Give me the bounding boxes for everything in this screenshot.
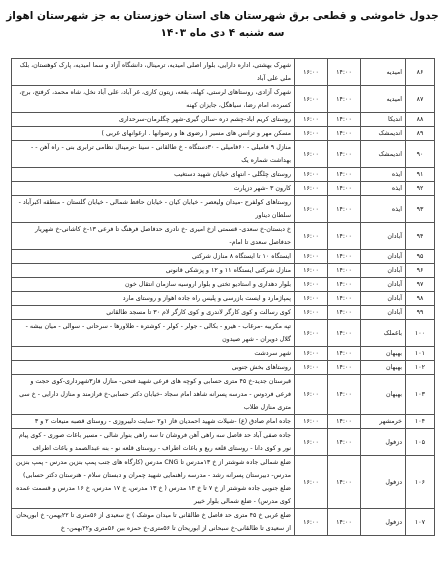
start-time: ۱۴:۰۰ [328, 375, 361, 415]
row-number: ۹۳ [406, 196, 435, 223]
end-time: ۱۶:۰۰ [295, 113, 328, 127]
start-time: ۱۴:۰۰ [328, 292, 361, 306]
row-number: ۹۹ [406, 306, 435, 320]
end-time: ۱۶:۰۰ [295, 347, 328, 361]
end-time: ۱۶:۰۰ [295, 223, 328, 250]
start-time: ۱۴:۰۰ [328, 59, 361, 86]
affected-areas: خ دبستان-خ سعدی- قسمتی ازخ امیری -خ نادر… [12, 223, 295, 250]
table-row: ۱۰۱بهبهان۱۴:۰۰۱۶:۰۰شهر سردشت [12, 347, 435, 361]
city-name: بهبهان [361, 347, 406, 361]
start-time: ۱۴:۰۰ [328, 223, 361, 250]
affected-areas: بلوار دهداری و استادیو تختی و بلوار اروس… [12, 278, 295, 292]
end-time: ۱۶:۰۰ [295, 86, 328, 113]
table-row: ۱۰۷دزفول۱۴:۰۰۱۶:۰۰ضلع غربی خ ۴۵ متری حد … [12, 509, 435, 536]
table-row: ۸۸اندیکا۱۴:۰۰۱۶:۰۰روستای کریم اباد-چشم د… [12, 113, 435, 127]
end-time: ۱۶:۰۰ [295, 182, 328, 196]
table-row: ۱۰۲بهبهان۱۴:۰۰۱۶:۰۰روستاهای بخش جنوبی [12, 361, 435, 375]
table-row: ۹۳ایذه۱۴:۰۰۱۶:۰۰روستاهای کولفرح -میدان و… [12, 196, 435, 223]
affected-areas: ضلع غربی خ ۴۵ متری حد فاصل خ طالقانی تا … [12, 509, 295, 536]
city-name: آبادان [361, 292, 406, 306]
table-row: ۹۰اندیمشک۱۴:۰۰۱۶:۰۰منازل ۹ فامیلی - ۶۰فا… [12, 141, 435, 168]
city-name: امیدیه [361, 86, 406, 113]
row-number: ۱۰۴ [406, 415, 435, 429]
row-number: ۹۲ [406, 182, 435, 196]
affected-areas: مسکن مهر و ترانس های مسیر ( رضوی ها و رض… [12, 127, 295, 141]
affected-areas: روستاهای کولفرح -میدان ولیعصر - خیابان ک… [12, 196, 295, 223]
affected-areas: ضلع شمالی جاده شوشتر از خ ۱۳مدرس تا CNG … [12, 456, 295, 509]
affected-areas: منازل شرکتی ایستگاه ۱۱ و ۱۲ و پزشکی قانو… [12, 264, 295, 278]
city-name: آبادان [361, 278, 406, 292]
affected-areas: شهرک آزادی، روستاهای لرستی، کهله، بقعه، … [12, 86, 295, 113]
affected-areas: روستاهای بخش جنوبی [12, 361, 295, 375]
row-number: ۱۰۳ [406, 375, 435, 415]
affected-areas: ایستگاه ۱۰ تا ایستگاه ۸ منازل شرکتی [12, 250, 295, 264]
row-number: ۹۷ [406, 278, 435, 292]
affected-areas: جاده صفی آباد حد فاصل سه راهی آهن فروشان… [12, 429, 295, 456]
affected-areas: کوی رسالت و کوی کارگر لاندری و کوی کارگر… [12, 306, 295, 320]
affected-areas: کارون ۳ -شهر دزپارت [12, 182, 295, 196]
table-row: ۱۰۴خرمشهر۱۴:۰۰۱۶:۰۰جاده امام صادق (ع) -ش… [12, 415, 435, 429]
table-row: ۱۰۰باغملک۱۴:۰۰۱۶:۰۰تپه مکربیه -مرغاب - ه… [12, 320, 435, 347]
affected-areas: منازل ۹ فامیلی - ۶۰فامیلی - ۳۰دستگاه - خ… [12, 141, 295, 168]
end-time: ۱۶:۰۰ [295, 141, 328, 168]
row-number: ۹۱ [406, 168, 435, 182]
table-row: ۸۷امیدیه۱۴:۰۰۱۶:۰۰شهرک آزادی، روستاهای ل… [12, 86, 435, 113]
start-time: ۱۴:۰۰ [328, 113, 361, 127]
end-time: ۱۶:۰۰ [295, 509, 328, 536]
row-number: ۱۰۰ [406, 320, 435, 347]
city-name: آبادان [361, 306, 406, 320]
end-time: ۱۶:۰۰ [295, 456, 328, 509]
table-row: ۹۴آبادان۱۴:۰۰۱۶:۰۰خ دبستان-خ سعدی- قسمتی… [12, 223, 435, 250]
table-row: ۹۲ایذه۱۴:۰۰۱۶:۰۰کارون ۳ -شهر دزپارت [12, 182, 435, 196]
end-time: ۱۶:۰۰ [295, 59, 328, 86]
row-number: ۸۸ [406, 113, 435, 127]
start-time: ۱۴:۰۰ [328, 127, 361, 141]
start-time: ۱۴:۰۰ [328, 347, 361, 361]
start-time: ۱۴:۰۰ [328, 264, 361, 278]
end-time: ۱۶:۰۰ [295, 292, 328, 306]
row-number: ۹۸ [406, 292, 435, 306]
city-name: امیدیه [361, 59, 406, 86]
page-title: جدول خاموشی و قطعی برق شهرستان های استان… [0, 8, 445, 25]
start-time: ۱۴:۰۰ [328, 278, 361, 292]
table-row: ۹۵آبادان۱۴:۰۰۱۶:۰۰ایستگاه ۱۰ تا ایستگاه … [12, 250, 435, 264]
row-number: ۱۰۲ [406, 361, 435, 375]
start-time: ۱۴:۰۰ [328, 168, 361, 182]
affected-areas: تپه مکربیه -مرغاب - هیرو - بکالی - جولر … [12, 320, 295, 347]
city-name: خرمشهر [361, 415, 406, 429]
start-time: ۱۴:۰۰ [328, 196, 361, 223]
city-name: ایذه [361, 196, 406, 223]
end-time: ۱۶:۰۰ [295, 168, 328, 182]
row-number: ۱۰۶ [406, 456, 435, 509]
start-time: ۱۴:۰۰ [328, 509, 361, 536]
page-subtitle: سه شنبه ۴ دی ماه ۱۴۰۳ [0, 25, 445, 42]
city-name: دزفول [361, 509, 406, 536]
table-row: ۹۷آبادان۱۴:۰۰۱۶:۰۰بلوار دهداری و استادیو… [12, 278, 435, 292]
end-time: ۱۶:۰۰ [295, 306, 328, 320]
affected-areas: شهرک بهشتی، اداره دارایی، بلوار اصلی امی… [12, 59, 295, 86]
city-name: اندیمشک [361, 141, 406, 168]
row-number: ۹۴ [406, 223, 435, 250]
end-time: ۱۶:۰۰ [295, 127, 328, 141]
row-number: ۱۰۷ [406, 509, 435, 536]
table-row: ۱۰۵دزفول۱۴:۰۰۱۶:۰۰جاده صفی آباد حد فاصل … [12, 429, 435, 456]
table-row: ۸۹اندیمشک۱۴:۰۰۱۶:۰۰مسکن مهر و ترانس های … [12, 127, 435, 141]
outage-schedule-table: ۸۶امیدیه۱۴:۰۰۱۶:۰۰شهرک بهشتی، اداره دارا… [11, 58, 435, 536]
row-number: ۱۰۵ [406, 429, 435, 456]
city-name: بهبهان [361, 375, 406, 415]
table-row: ۹۹آبادان۱۴:۰۰۱۶:۰۰کوی رسالت و کوی کارگر … [12, 306, 435, 320]
table-row: ۱۰۳بهبهان۱۴:۰۰۱۶:۰۰قبرستان جدید-خ ۴۵ متر… [12, 375, 435, 415]
end-time: ۱۶:۰۰ [295, 320, 328, 347]
end-time: ۱۶:۰۰ [295, 196, 328, 223]
table-row: ۱۰۶دزفول۱۴:۰۰۱۶:۰۰ضلع شمالی جاده شوشتر ا… [12, 456, 435, 509]
row-number: ۸۷ [406, 86, 435, 113]
affected-areas: جاده امام صادق (ع) -شیلات شهید احمدیان ف… [12, 415, 295, 429]
affected-areas: شهر سردشت [12, 347, 295, 361]
end-time: ۱۶:۰۰ [295, 429, 328, 456]
affected-areas: روستای کریم اباد-چشم دره -سالن گیری-شهر … [12, 113, 295, 127]
row-number: ۹۵ [406, 250, 435, 264]
end-time: ۱۶:۰۰ [295, 375, 328, 415]
table-row: ۸۶امیدیه۱۴:۰۰۱۶:۰۰شهرک بهشتی، اداره دارا… [12, 59, 435, 86]
start-time: ۱۴:۰۰ [328, 250, 361, 264]
city-name: آبادان [361, 250, 406, 264]
end-time: ۱۶:۰۰ [295, 278, 328, 292]
affected-areas: روستای چلگلی - انتهای خیابان شهید دستغیب [12, 168, 295, 182]
affected-areas: قبرستان جدید-خ ۴۵ متری حسابی و کوچه های … [12, 375, 295, 415]
start-time: ۱۴:۰۰ [328, 182, 361, 196]
start-time: ۱۴:۰۰ [328, 86, 361, 113]
city-name: آبادان [361, 264, 406, 278]
row-number: ۹۶ [406, 264, 435, 278]
end-time: ۱۶:۰۰ [295, 361, 328, 375]
table-row: ۹۱ایذه۱۴:۰۰۱۶:۰۰روستای چلگلی - انتهای خی… [12, 168, 435, 182]
city-name: باغملک [361, 320, 406, 347]
end-time: ۱۶:۰۰ [295, 250, 328, 264]
row-number: ۸۶ [406, 59, 435, 86]
city-name: ایذه [361, 182, 406, 196]
start-time: ۱۴:۰۰ [328, 306, 361, 320]
start-time: ۱۴:۰۰ [328, 456, 361, 509]
start-time: ۱۴:۰۰ [328, 429, 361, 456]
city-name: اندیکا [361, 113, 406, 127]
table-row: ۹۶آبادان۱۴:۰۰۱۶:۰۰منازل شرکتی ایستگاه ۱۱… [12, 264, 435, 278]
start-time: ۱۴:۰۰ [328, 361, 361, 375]
header: جدول خاموشی و قطعی برق شهرستان های استان… [0, 8, 445, 42]
end-time: ۱۶:۰۰ [295, 415, 328, 429]
end-time: ۱۶:۰۰ [295, 264, 328, 278]
start-time: ۱۴:۰۰ [328, 320, 361, 347]
row-number: ۸۹ [406, 127, 435, 141]
start-time: ۱۴:۰۰ [328, 415, 361, 429]
city-name: ایذه [361, 168, 406, 182]
city-name: اندیمشک [361, 127, 406, 141]
row-number: ۱۰۱ [406, 347, 435, 361]
city-name: آبادان [361, 223, 406, 250]
start-time: ۱۴:۰۰ [328, 141, 361, 168]
row-number: ۹۰ [406, 141, 435, 168]
table-row: ۹۸آبادان۱۴:۰۰۱۶:۰۰پمپاژمارد و ایست بازرس… [12, 292, 435, 306]
city-name: بهبهان [361, 361, 406, 375]
affected-areas: پمپاژمارد و ایست بازرسی و پلیس راه جاده … [12, 292, 295, 306]
city-name: دزفول [361, 456, 406, 509]
city-name: دزفول [361, 429, 406, 456]
